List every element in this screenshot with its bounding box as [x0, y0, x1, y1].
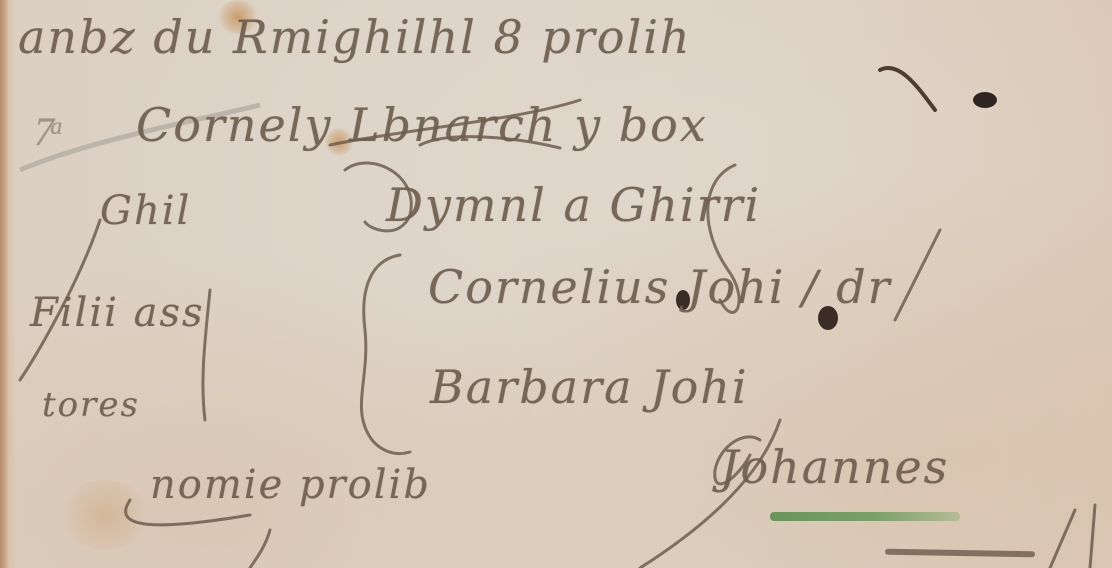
- line-3: Dymnl a Ghirri: [386, 178, 761, 232]
- margin-note-3: Filii ass: [30, 290, 205, 336]
- margin-note-1: 7ͣ: [34, 108, 56, 155]
- line-7: Johannes: [720, 440, 949, 494]
- manuscript-page: anbz du Rmighilhl 8 prolih Cornely Lbnar…: [0, 0, 1112, 568]
- line-4: Cornelius Johi / dr: [428, 260, 892, 314]
- line-2: Cornely Lbnarch y box: [136, 98, 708, 152]
- line-1: anbz du Rmighilhl 8 prolih: [18, 10, 692, 64]
- margin-note-4: tores: [42, 385, 140, 425]
- line-5: Barbara Johi: [430, 360, 749, 414]
- stain-lower-left: [60, 480, 150, 550]
- green-underline: [770, 512, 960, 521]
- ink-blot-1: [973, 92, 997, 108]
- line-6: nomie prolib: [150, 462, 431, 508]
- binding-edge: [0, 0, 8, 568]
- strike-line: [885, 549, 1035, 558]
- margin-note-2: Ghil: [100, 188, 191, 234]
